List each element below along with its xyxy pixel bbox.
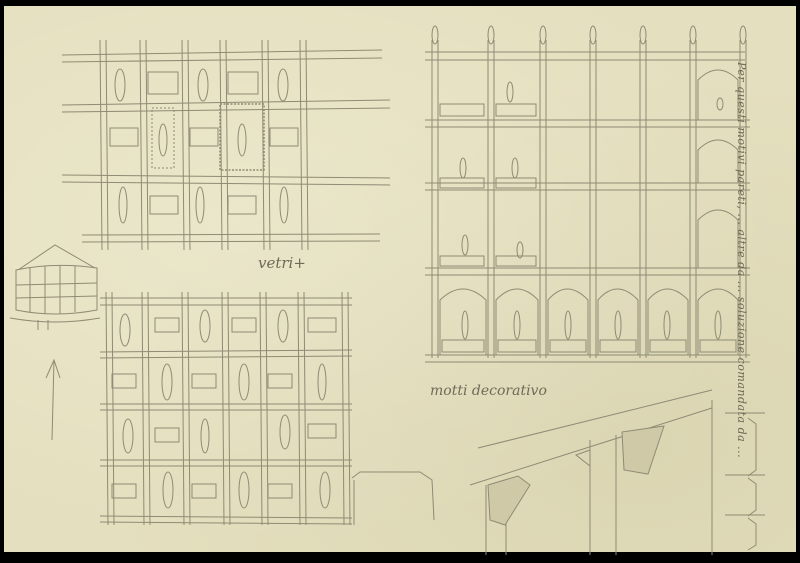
annotation-label-middle: motti decorativo <box>430 383 547 399</box>
molding-profile <box>352 413 765 550</box>
upper-left-facade-grid <box>62 40 390 250</box>
pencil-drawing <box>0 0 800 563</box>
annotation-label-upper: vetri+ <box>258 254 306 272</box>
right-arcade-elevation <box>425 26 750 362</box>
upper-arrow <box>46 360 60 440</box>
annotation-margin-note: Per questi motivi pareti, ... altre da .… <box>735 62 748 532</box>
bracket-detail <box>470 390 712 555</box>
round-tower-building <box>10 245 100 330</box>
lower-left-facade-grid <box>100 292 352 525</box>
